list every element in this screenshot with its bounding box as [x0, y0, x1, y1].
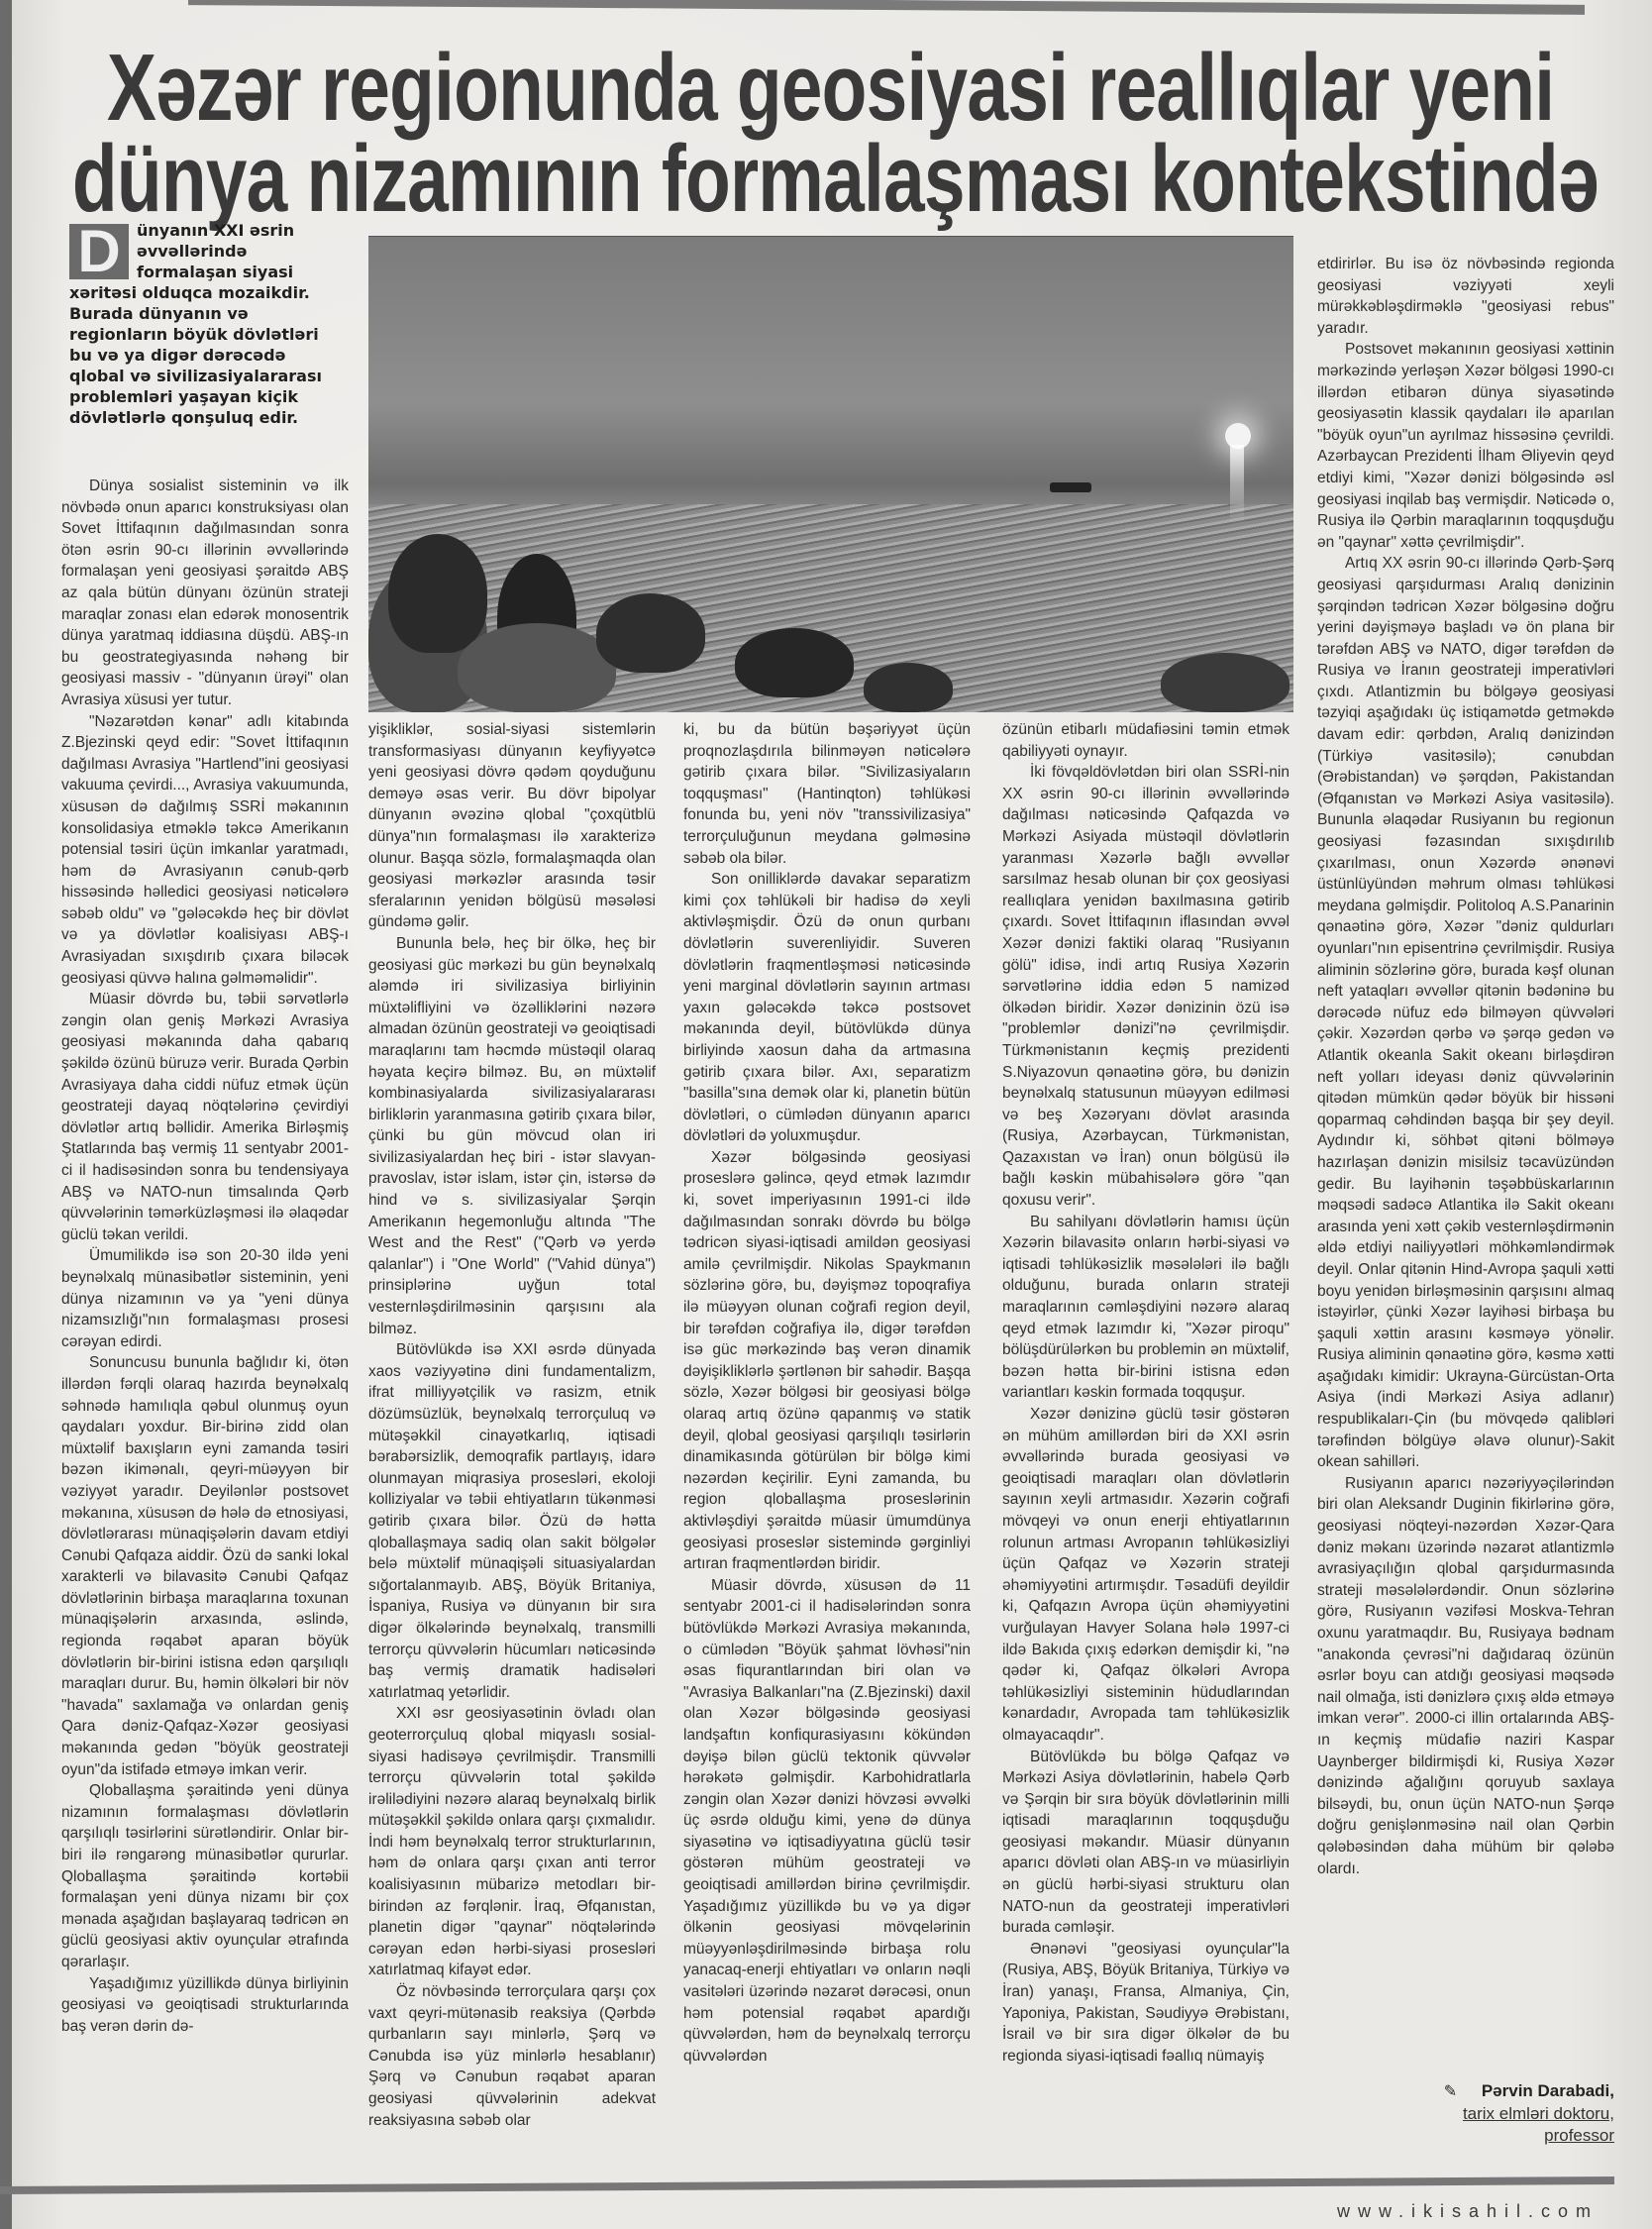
photo-rock — [864, 663, 953, 712]
photo-rock — [458, 623, 616, 712]
paragraph: ki, bu da bütün bəşəriyyət üçün proqnozl… — [683, 719, 971, 869]
headline-line-1: Xəzər regionunda geosiyasi reallıqlar ye… — [30, 43, 1235, 134]
column-5: etdirirlər. Bu isə öz növbəsində regiond… — [1317, 254, 1614, 1879]
paragraph: Dünya sosialist sisteminin və ilk növbəd… — [61, 476, 349, 711]
paragraph: Müasir dövrdə bu, təbii sərvətlərlə zəng… — [61, 989, 349, 1245]
paragraph: Yaşadığımız yüzillikdə dünya birliyinin … — [61, 1973, 349, 2038]
article-headline: Xəzər regionunda geosiyasi reallıqlar ye… — [30, 43, 1235, 225]
paragraph: Öz növbəsində terrorçulara qarşı çox vax… — [368, 1981, 656, 2131]
paragraph: "Nəzarətdən kənar" adlı kitabında Z.Bjez… — [61, 711, 349, 990]
page-edge-shadow — [0, 0, 12, 2229]
column-3: ki, bu da bütün bəşəriyyət üçün proqnozl… — [683, 719, 971, 2067]
photo-rock — [735, 628, 854, 697]
bottom-rule — [0, 2176, 1614, 2194]
photo-boat — [1050, 482, 1091, 492]
paragraph: Qloballaşma şəraitində yeni dünya nizamı… — [61, 1780, 349, 1972]
paragraph: Ümumilikdə isə son 20-30 ildə yeni beynə… — [61, 1245, 349, 1352]
top-rule — [188, 0, 1585, 15]
newspaper-page: Xəzər regionunda geosiyasi reallıqlar ye… — [0, 0, 1652, 2229]
paragraph: Rusiyanın aparıcı nəzəriyyəçilərindən bi… — [1317, 1473, 1614, 1879]
author-title-line-1: tarix elmləri doktoru, — [1406, 2103, 1614, 2125]
paragraph: Postsovet məkanının geosiyasi xəttinin m… — [1317, 339, 1614, 553]
paragraph: İki fövqəldövlətdən biri olan SSRİ-nin X… — [1002, 762, 1290, 1211]
paragraph: Sonuncusu bununla bağlıdır ki, ötən illə… — [61, 1352, 349, 1780]
paragraph: XXI əsr geosiyasətinin övladı olan geote… — [368, 1703, 656, 1981]
paragraph: Müasir dövrdə, xüsusən də 11 sentyabr 20… — [683, 1575, 971, 2068]
column-1: Dünya sosialist sisteminin və ilk növbəd… — [61, 476, 349, 2037]
paragraph: Xəzər bölgəsində geosiyasi proseslərə gə… — [683, 1147, 971, 1575]
author-name: Pərvin Darabadi, — [1482, 2081, 1614, 2100]
photo-rock — [596, 593, 705, 673]
paragraph: Bununla belə, heç bir ölkə, heç bir geos… — [368, 933, 656, 1339]
paragraph: Bütövlükdə isə XXI əsrdə dünyada xaos və… — [368, 1339, 656, 1703]
paragraph: özünün etibarlı müdafiəsini təmin etmək … — [1002, 719, 1290, 762]
paragraph: Xəzər dənizinə güclü təsir göstərən ən m… — [1002, 1404, 1290, 1747]
pen-icon: ✎ — [1444, 2081, 1457, 2103]
paragraph: Ənənəvi "geosiyasi oyunçular"la (Rusiya,… — [1002, 1939, 1290, 2068]
lead-paragraph: D ünyanın XXI əsrin əvvəllərində formala… — [69, 220, 337, 428]
paragraph: etdirirlər. Bu isə öz növbəsində regiond… — [1317, 254, 1614, 339]
author-title-line-2: professor — [1406, 2125, 1614, 2147]
photo-rock — [388, 534, 487, 653]
paragraph: Artıq XX əsrin 90-cı illərində Qərb-Şərq… — [1317, 553, 1614, 1473]
paragraph: Son onilliklərdə davakar separatizm kimi… — [683, 869, 971, 1147]
column-4: özünün etibarlı müdafiəsini təmin etmək … — [1002, 719, 1290, 2067]
photo-sun-reflection — [1230, 445, 1244, 524]
paragraph: Bütövlükdə bu bölgə Qafqaz və Mərkəzi As… — [1002, 1747, 1290, 1939]
article-photo — [368, 236, 1293, 712]
paragraph: Bu sahilyanı dövlətlərin hamısı üçün Xəz… — [1002, 1212, 1290, 1404]
drop-cap: D — [69, 224, 129, 279]
website-watermark: www.ikisahil.com — [1337, 2201, 1599, 2222]
byline: ✎ Pərvin Darabadi, tarix elmləri doktoru… — [1406, 2080, 1614, 2147]
paragraph: yişikliklər, sosial-siyasi sistemlərin t… — [368, 719, 656, 933]
column-2: yişikliklər, sosial-siyasi sistemlərin t… — [368, 719, 656, 2131]
photo-rock — [1161, 653, 1290, 712]
headline-line-2: dünya nizamının formalaşması kontekstind… — [30, 134, 1235, 225]
